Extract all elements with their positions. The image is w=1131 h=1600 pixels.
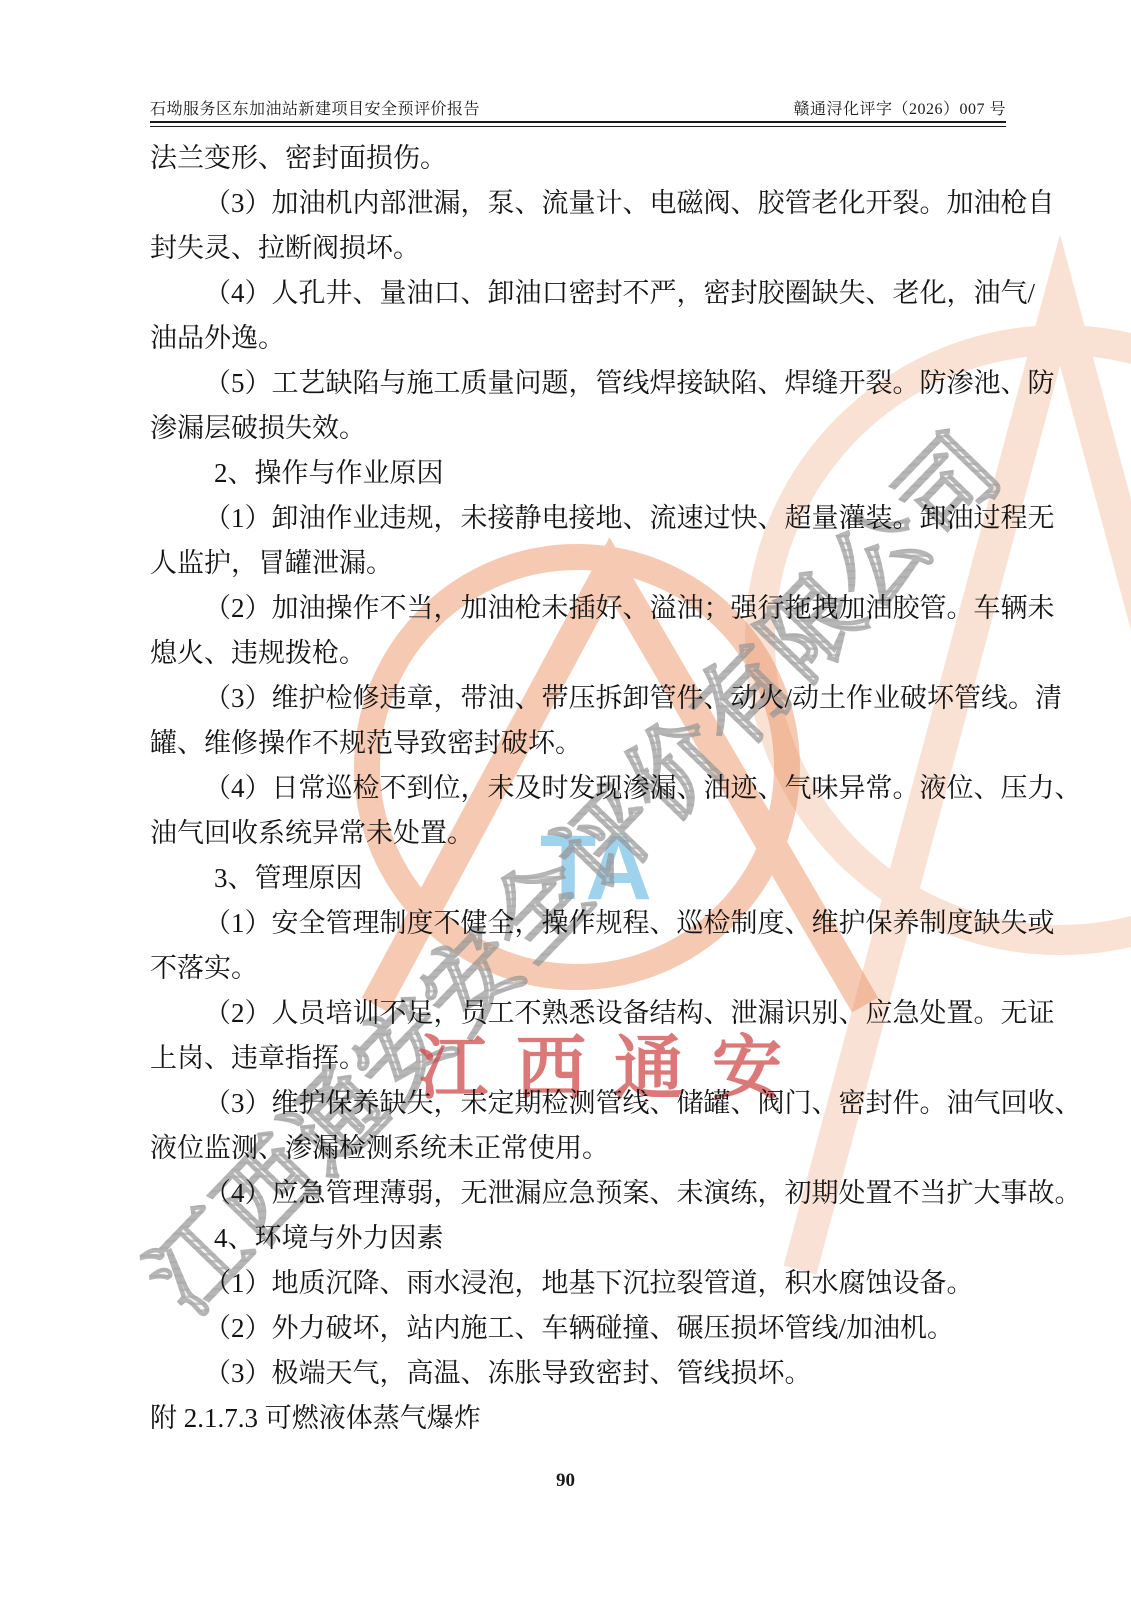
paragraph-line: （4）日常巡检不到位，未及时发现渗漏、油迹、气味异常。液位、压力、 [150, 766, 1010, 811]
paragraph-line: 3、管理原因 [150, 856, 1010, 901]
paragraph-line: 2、操作与作业原因 [150, 451, 1010, 496]
paragraph-line: 液位监测、渗漏检测系统未正常使用。 [150, 1126, 1010, 1171]
paragraph-line: 封失灵、拉断阀损坏。 [150, 226, 1010, 271]
paragraph-line: 上岗、违章指挥。 [150, 1036, 1010, 1081]
paragraph-line: （2）加油操作不当，加油枪未插好、溢油；强行拖拽加油胶管。车辆未 [150, 586, 1010, 631]
paragraph-line: 人监护，冒罐泄漏。 [150, 541, 1010, 586]
paragraph-line: （1）卸油作业违规，未接静电接地、流速过快、超量灌装。卸油过程无 [150, 496, 1010, 541]
paragraph-line: 4、环境与外力因素 [150, 1216, 1010, 1261]
body-text: 法兰变形、密封面损伤。（3）加油机内部泄漏，泵、流量计、电磁阀、胶管老化开裂。加… [150, 136, 1010, 1441]
paragraph-line: 附 2.1.7.3 可燃液体蒸气爆炸 [150, 1396, 1010, 1441]
page-number: 90 [0, 1470, 1131, 1492]
paragraph-line: （3）维护保养缺失，未定期检测管线、储罐、阀门、密封件。油气回收、 [150, 1081, 1010, 1126]
document-page: TA 江西通安安全评价有限公司 江西通安 石坳服务区东加油站新建项目安全预评价报… [0, 0, 1131, 1600]
paragraph-line: （2）外力破坏，站内施工、车辆碰撞、碾压损坏管线/加油机。 [150, 1306, 1010, 1351]
paragraph-line: （3）加油机内部泄漏，泵、流量计、电磁阀、胶管老化开裂。加油枪自 [150, 181, 1010, 226]
paragraph-line: 熄火、违规拨枪。 [150, 631, 1010, 676]
paragraph-line: （2）人员培训不足，员工不熟悉设备结构、泄漏识别、应急处置。无证 [150, 991, 1010, 1036]
paragraph-line: （3）维护检修违章，带油、带压拆卸管件、动火/动土作业破坏管线。清 [150, 676, 1010, 721]
paragraph-line: 不落实。 [150, 946, 1010, 991]
paragraph-line: （1）地质沉降、雨水浸泡，地基下沉拉裂管道，积水腐蚀设备。 [150, 1261, 1010, 1306]
paragraph-line: 油气回收系统异常未处置。 [150, 811, 1010, 856]
paragraph-line: （1）安全管理制度不健全，操作规程、巡检制度、维护保养制度缺失或 [150, 901, 1010, 946]
paragraph-line: （4）应急管理薄弱，无泄漏应急预案、未演练，初期处置不当扩大事故。 [150, 1171, 1010, 1216]
paragraph-line: （3）极端天气，高温、冻胀导致密封、管线损坏。 [150, 1351, 1010, 1396]
paragraph-line: 油品外逸。 [150, 316, 1010, 361]
paragraph-line: （4）人孔井、量油口、卸油口密封不严，密封胶圈缺失、老化，油气/ [150, 271, 1010, 316]
paragraph-line: 罐、维修操作不规范导致密封破坏。 [150, 721, 1010, 766]
paragraph-line: 渗漏层破损失效。 [150, 406, 1010, 451]
paragraph-line: 法兰变形、密封面损伤。 [150, 136, 1010, 181]
paragraph-line: （5）工艺缺陷与施工质量问题，管线焊接缺陷、焊缝开裂。防渗池、防 [150, 361, 1010, 406]
